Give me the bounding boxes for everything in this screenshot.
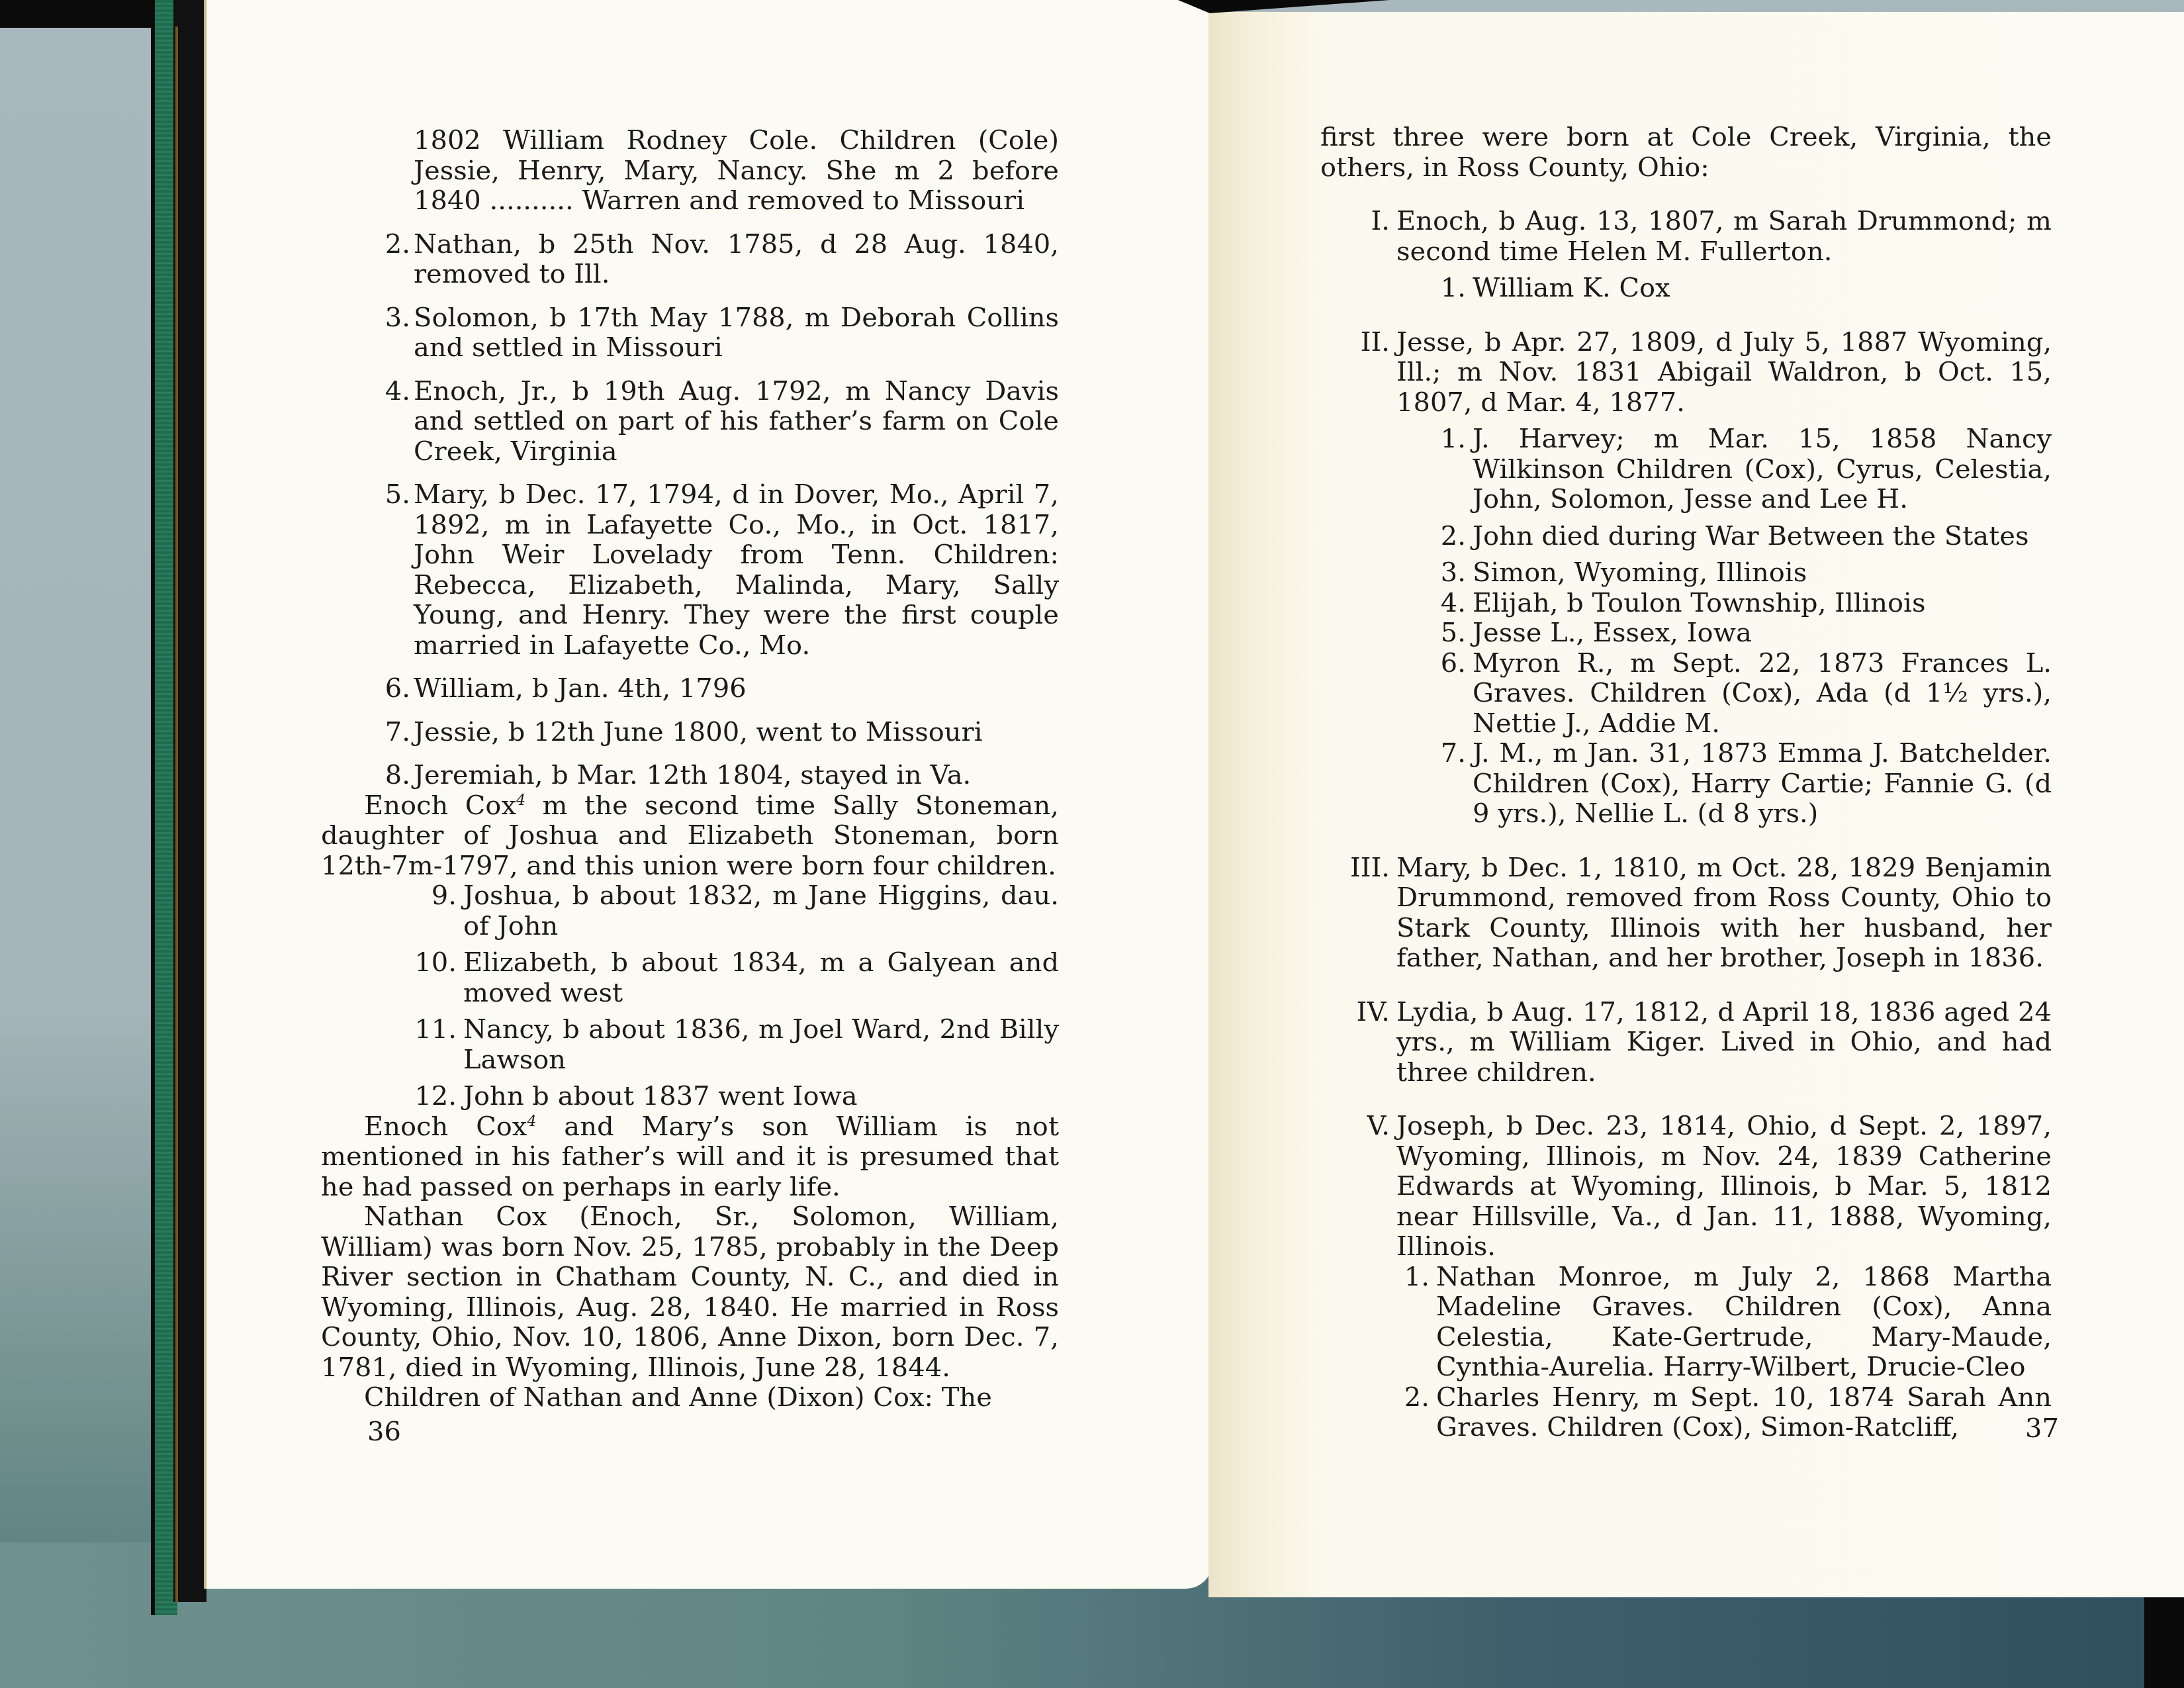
- entry-enoch: I. Enoch, b Aug. 13, 1807, m Sarah Drumm…: [1320, 207, 2052, 267]
- william-paragraph: Enoch Cox4 and Mary’s son William is not…: [321, 1112, 1059, 1203]
- intro-paragraph: first three were born at Cole Creek, Vir…: [1320, 122, 2052, 183]
- list-item: 7. J. M., m Jan. 31, 1873 Emma J. Batche…: [1320, 739, 2052, 829]
- list-item: 6. William, b Jan. 4th, 1796: [367, 674, 1059, 704]
- list-item: 5. Jesse L., Essex, Iowa: [1320, 618, 2052, 649]
- list-item: 1. William K. Cox: [1320, 273, 2052, 304]
- entry-jesse: II. Jesse, b Apr. 27, 1809, d July 5, 18…: [1320, 328, 2052, 418]
- gutter-shadow: [1178, 0, 1390, 13]
- right-page-text: first three were born at Cole Creek, Vir…: [1320, 122, 2052, 1443]
- list-item: 6. Myron R., m Sept. 22, 1873 Frances L.…: [1320, 649, 2052, 739]
- entry-mary: III. Mary, b Dec. 1, 1810, m Oct. 28, 18…: [1320, 853, 2052, 974]
- page-number-left: 36: [367, 1417, 401, 1447]
- book-spine-edge: [173, 0, 206, 1602]
- list-item: 4. Elijah, b Toulon Township, Illinois: [1320, 588, 2052, 619]
- list-item: 5. Mary, b Dec. 17, 1794, d in Dover, Mo…: [367, 480, 1059, 661]
- entry-joseph: V. Joseph, b Dec. 23, 1814, Ohio, d Sept…: [1320, 1111, 2052, 1262]
- page-number-right: 37: [2025, 1413, 2059, 1444]
- list-item: 12. John b about 1837 went Iowa: [367, 1082, 1059, 1112]
- entry-lydia: IV. Lydia, b Aug. 17, 1812, d April 18, …: [1320, 998, 2052, 1088]
- list-item: 1. J. Harvey; m Mar. 15, 1858 Nancy Wilk…: [1320, 424, 2052, 515]
- list-item: 4. Enoch, Jr., b 19th Aug. 1792, m Nancy…: [367, 377, 1059, 467]
- list-item: 2. Charles Henry, m Sept. 10, 1874 Sarah…: [1320, 1383, 2052, 1443]
- list-item: 7. Jessie, b 12th June 1800, went to Mis…: [367, 718, 1059, 748]
- left-page-text: 1802 William Rodney Cole. Children (Cole…: [367, 126, 1059, 1413]
- list-item: 3. Simon, Wyoming, Illinois: [1320, 558, 2052, 588]
- list-item: 2. Nathan, b 25th Nov. 1785, d 28 Aug. 1…: [367, 230, 1059, 290]
- list-item: 11. Nancy, b about 1836, m Joel Ward, 2n…: [367, 1015, 1059, 1075]
- list-item: 3. Solomon, b 17th May 1788, m Deborah C…: [367, 303, 1059, 363]
- list-item: 8. Jeremiah, b Mar. 12th 1804, stayed in…: [367, 761, 1059, 791]
- list-item: 2. John died during War Between the Stat…: [1320, 522, 2052, 552]
- list-item: 10. Elizabeth, b about 1834, m a Galyean…: [367, 948, 1059, 1008]
- list-item: 1. Nathan Monroe, m July 2, 1868 Martha …: [1320, 1262, 2052, 1383]
- list-item: 9. Joshua, b about 1832, m Jane Higgins,…: [367, 881, 1059, 941]
- children-intro-paragraph: Children of Nathan and Anne (Dixon) Cox:…: [321, 1383, 1059, 1413]
- nathan-paragraph: Nathan Cox (Enoch, Sr., Solomon, William…: [321, 1202, 1059, 1383]
- page-edge-gilt: [175, 26, 178, 1602]
- intro-paragraph: 1802 William Rodney Cole. Children (Cole…: [367, 126, 1059, 216]
- second-marriage-paragraph: Enoch Cox4 m the second time Sally Stone…: [321, 791, 1059, 882]
